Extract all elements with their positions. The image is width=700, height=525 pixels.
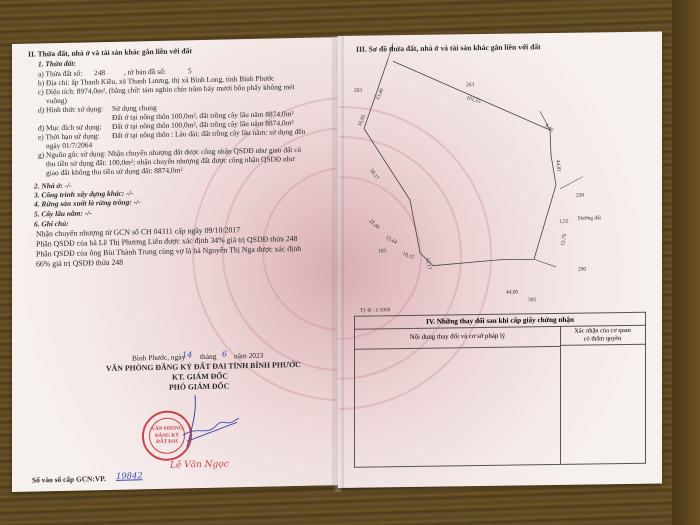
right-page: III. Sơ đồ thửa đất, nhà ở và tài sản kh… (338, 31, 662, 488)
date-month: 6 (222, 349, 227, 358)
left-page: II. Thửa đất, nhà ở và tài sản khác gắn … (12, 37, 338, 492)
page-fold (332, 36, 344, 492)
section-ii-title: II. Thửa đất, nhà ở và tài sản khác gắn … (28, 46, 192, 59)
seal-line: ĐĂNG KÝ (155, 432, 179, 439)
notes-heading: 6. Ghi chú: (34, 219, 69, 229)
kt-director: KT. GIÁM ĐỐC (172, 371, 228, 381)
date-year: năm 2023 (234, 351, 263, 361)
map-label-parcel: 250 (576, 193, 584, 199)
map-label-parcel: 290 (578, 267, 586, 273)
col2-line: có thẩm quyền (560, 335, 645, 344)
perennial-trees: 5. Cây lâu năm: -/- (34, 208, 92, 219)
signature-mark (177, 394, 247, 455)
changes-table-col-confirmation: Xác nhận của cơ quan có thẩm quyền (560, 325, 645, 346)
date-day: 14 (182, 350, 192, 360)
land-parcel-heading: 1. Thửa đất: (38, 59, 76, 69)
map-label-parcel: 183 (378, 248, 386, 254)
map-label-parcel: 263 (354, 88, 362, 94)
map-label-parcel: 263 (466, 82, 474, 88)
edge-length: 44,81 (555, 160, 562, 173)
origin-line3: giao đất không thu tiền sử dụng đất: 887… (46, 165, 183, 177)
table-divider (560, 346, 561, 464)
seal-line: ĐẤT ĐAI (156, 439, 178, 446)
registry-label: Số vào sổ cấp GCN:VP. (32, 474, 106, 485)
edge-length: 1,55 (559, 219, 568, 225)
map-sheet: 5 (188, 66, 192, 75)
signer-name: Lê Văn Ngọc (170, 459, 229, 470)
date-month-label: tháng (200, 352, 216, 362)
map-label-road: Đường đất (578, 215, 601, 221)
changes-table-col-content: Nội dung thay đổi và cơ sở pháp lý (355, 326, 561, 350)
production-forest: 4. Rừng sản xuất là rừng trồng: -/- (34, 197, 141, 209)
desk-surface (672, 0, 700, 525)
edge-length: 44,00 (506, 289, 518, 295)
land-use-certificate: II. Thửa đất, nhà ở và tài sản khác gắn … (12, 30, 662, 492)
use-form-label: d) Hình thức sử dụng: (38, 104, 103, 115)
changes-table: IV. Những thay đổi sau khi cấp giấy chứn… (354, 312, 646, 468)
note-line: 66% giá trị QSDĐ thửa 248 (36, 258, 123, 269)
deputy-director: PHÓ GIÁM ĐỐC (169, 381, 229, 392)
map-label-parcel: 305 (528, 297, 536, 303)
date-place: Bình Phước, ngày (132, 352, 185, 362)
map-scale: Tỷ lệ : 1/1000 (360, 307, 390, 313)
registry-number: 19842 (116, 471, 143, 481)
